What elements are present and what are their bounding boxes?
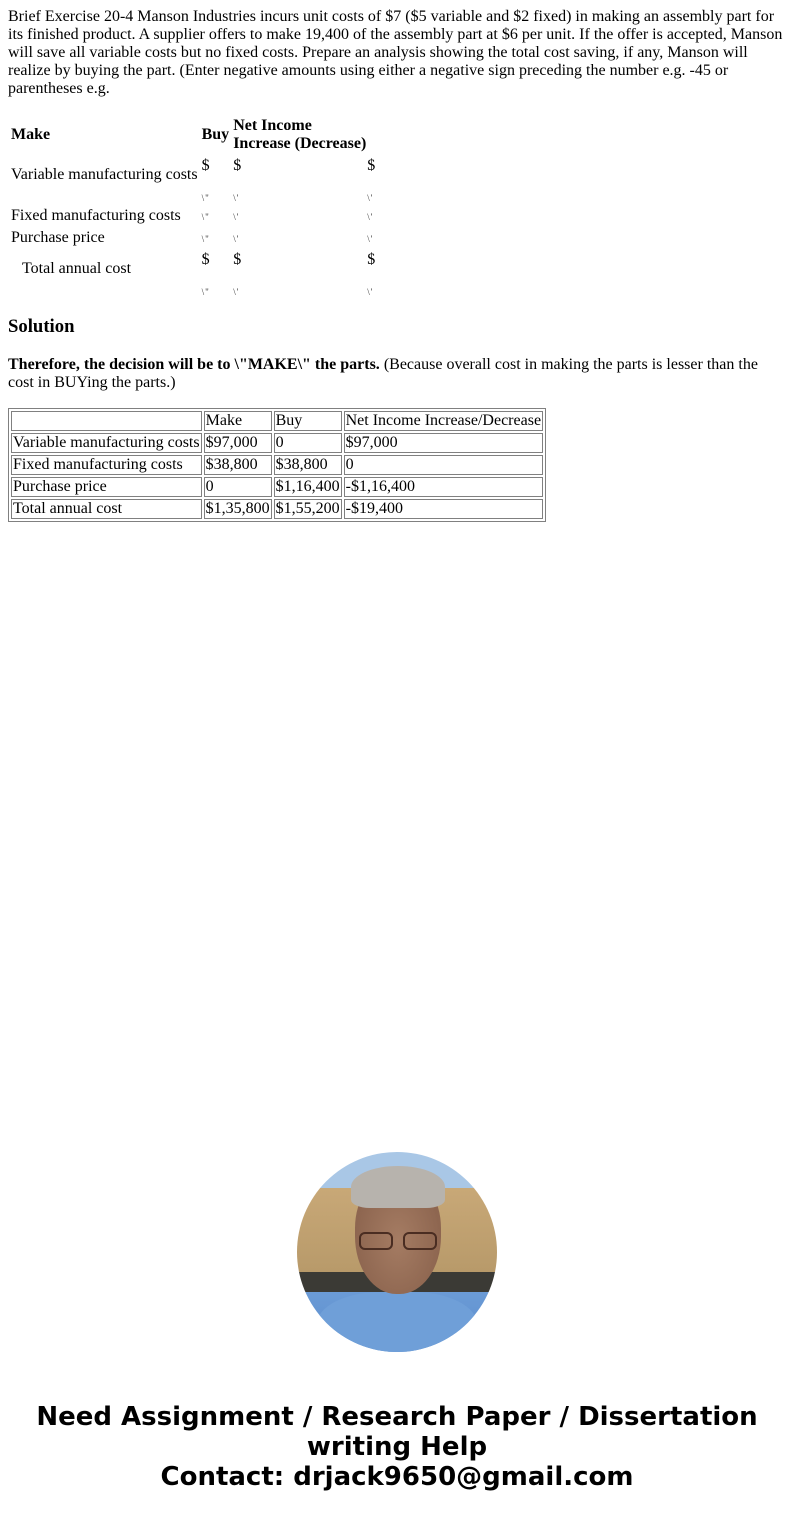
solution-value-cell: $97,000 [204,433,272,453]
input-placeholder-mark: \' [367,212,373,222]
entry-header-row: Make Buy Net Income Increase (Decrease) [10,116,376,154]
solution-value-cell: 0 [344,455,543,475]
solution-header-cell [11,411,202,431]
row-label: Total annual cost [10,250,199,298]
net-income-input-cell[interactable]: \' [366,228,376,248]
glasses-icon [359,1232,437,1252]
avatar-shirt [317,1292,477,1352]
solution-header-cell: Net Income Increase/Decrease [344,411,543,431]
solution-table: MakeBuyNet Income Increase/DecreaseVaria… [8,408,546,522]
answer-entry-table: Make Buy Net Income Increase (Decrease) … [8,114,378,300]
buy-input-cell[interactable]: $ \' [232,156,364,204]
make-input-cell[interactable]: \" [201,228,231,248]
solution-row-label: Total annual cost [11,499,202,519]
promo-section: Need Assignment / Research Paper / Disse… [0,1152,794,1492]
page-content: Brief Exercise 20-4 Manson Industries in… [0,0,794,522]
solution-row: Variable manufacturing costs$97,0000$97,… [11,433,543,453]
make-input-cell[interactable]: $ \" [201,250,231,298]
solution-value-cell: -$19,400 [344,499,543,519]
solution-value-cell: $1,16,400 [274,477,342,497]
header-buy: Buy [201,116,231,154]
promo-contact: Contact: drjack9650@gmail.com [0,1462,794,1492]
solution-value-cell: 0 [274,433,342,453]
solution-heading: Solution [8,316,786,338]
entry-row: Purchase price \" \' \' [10,228,376,248]
input-placeholder-mark: \" [202,212,210,222]
net-income-input-cell[interactable]: $ \' [366,156,376,204]
make-input-cell[interactable]: \" [201,206,231,226]
solution-row: Fixed manufacturing costs$38,800$38,8000 [11,455,543,475]
input-placeholder-mark: \' [233,287,363,297]
make-input-cell[interactable]: $ \" [201,156,231,204]
decision-bold: Therefore, the decision will be to \"MAK… [8,356,380,373]
currency-symbol: $ [233,157,363,175]
entry-row: Total annual cost $ \" $ \' $ [10,250,376,298]
input-placeholder-mark: \' [233,234,239,244]
buy-input-cell[interactable]: \' [232,228,364,248]
input-placeholder-mark: \' [367,234,373,244]
solution-value-cell: $1,55,200 [274,499,342,519]
row-label: Fixed manufacturing costs [10,206,199,226]
solution-value-cell: 0 [204,477,272,497]
solution-header-cell: Buy [274,411,342,431]
input-placeholder-mark: \' [233,193,363,203]
entry-row: Variable manufacturing costs $ \" $ \' $ [10,156,376,204]
currency-symbol: $ [202,157,230,175]
net-income-input-cell[interactable]: \' [366,206,376,226]
solution-value-cell: $38,800 [274,455,342,475]
buy-input-cell[interactable]: $ \' [232,250,364,298]
decision-text: Therefore, the decision will be to \"MAK… [8,356,786,392]
solution-row: Total annual cost$1,35,800$1,55,200-$19,… [11,499,543,519]
solution-row-label: Purchase price [11,477,202,497]
promo-line-1: Need Assignment / Research Paper / Disse… [0,1402,794,1432]
currency-symbol: $ [367,157,375,175]
solution-header-row: MakeBuyNet Income Increase/Decrease [11,411,543,431]
avatar-hair [351,1166,445,1208]
header-make: Make [10,116,199,154]
solution-value-cell: -$1,16,400 [344,477,543,497]
entry-row: Fixed manufacturing costs \" \' \' [10,206,376,226]
input-placeholder-mark: \" [202,234,210,244]
currency-symbol: $ [233,251,363,269]
header-net-income-line1: Net Income [233,117,312,134]
row-label: Variable manufacturing costs [10,156,199,204]
buy-input-cell[interactable]: \' [232,206,364,226]
header-net-income: Net Income Increase (Decrease) [232,116,376,154]
promo-line-2: writing Help [0,1432,794,1462]
input-placeholder-mark: \' [367,287,375,297]
solution-row-label: Variable manufacturing costs [11,433,202,453]
currency-symbol: $ [367,251,375,269]
promo-text: Need Assignment / Research Paper / Disse… [0,1402,794,1492]
input-placeholder-mark: \" [202,193,230,203]
header-net-income-line2: Increase (Decrease) [233,135,366,152]
row-label: Purchase price [10,228,199,248]
solution-header-cell: Make [204,411,272,431]
question-text: Brief Exercise 20-4 Manson Industries in… [8,8,786,98]
input-placeholder-mark: \' [367,193,375,203]
currency-symbol: $ [202,251,230,269]
net-income-input-cell[interactable]: $ \' [366,250,376,298]
solution-value-cell: $1,35,800 [204,499,272,519]
input-placeholder-mark: \" [202,287,230,297]
avatar [297,1152,497,1352]
solution-value-cell: $38,800 [204,455,272,475]
solution-value-cell: $97,000 [344,433,543,453]
solution-row: Purchase price0$1,16,400-$1,16,400 [11,477,543,497]
solution-row-label: Fixed manufacturing costs [11,455,202,475]
input-placeholder-mark: \' [233,212,239,222]
